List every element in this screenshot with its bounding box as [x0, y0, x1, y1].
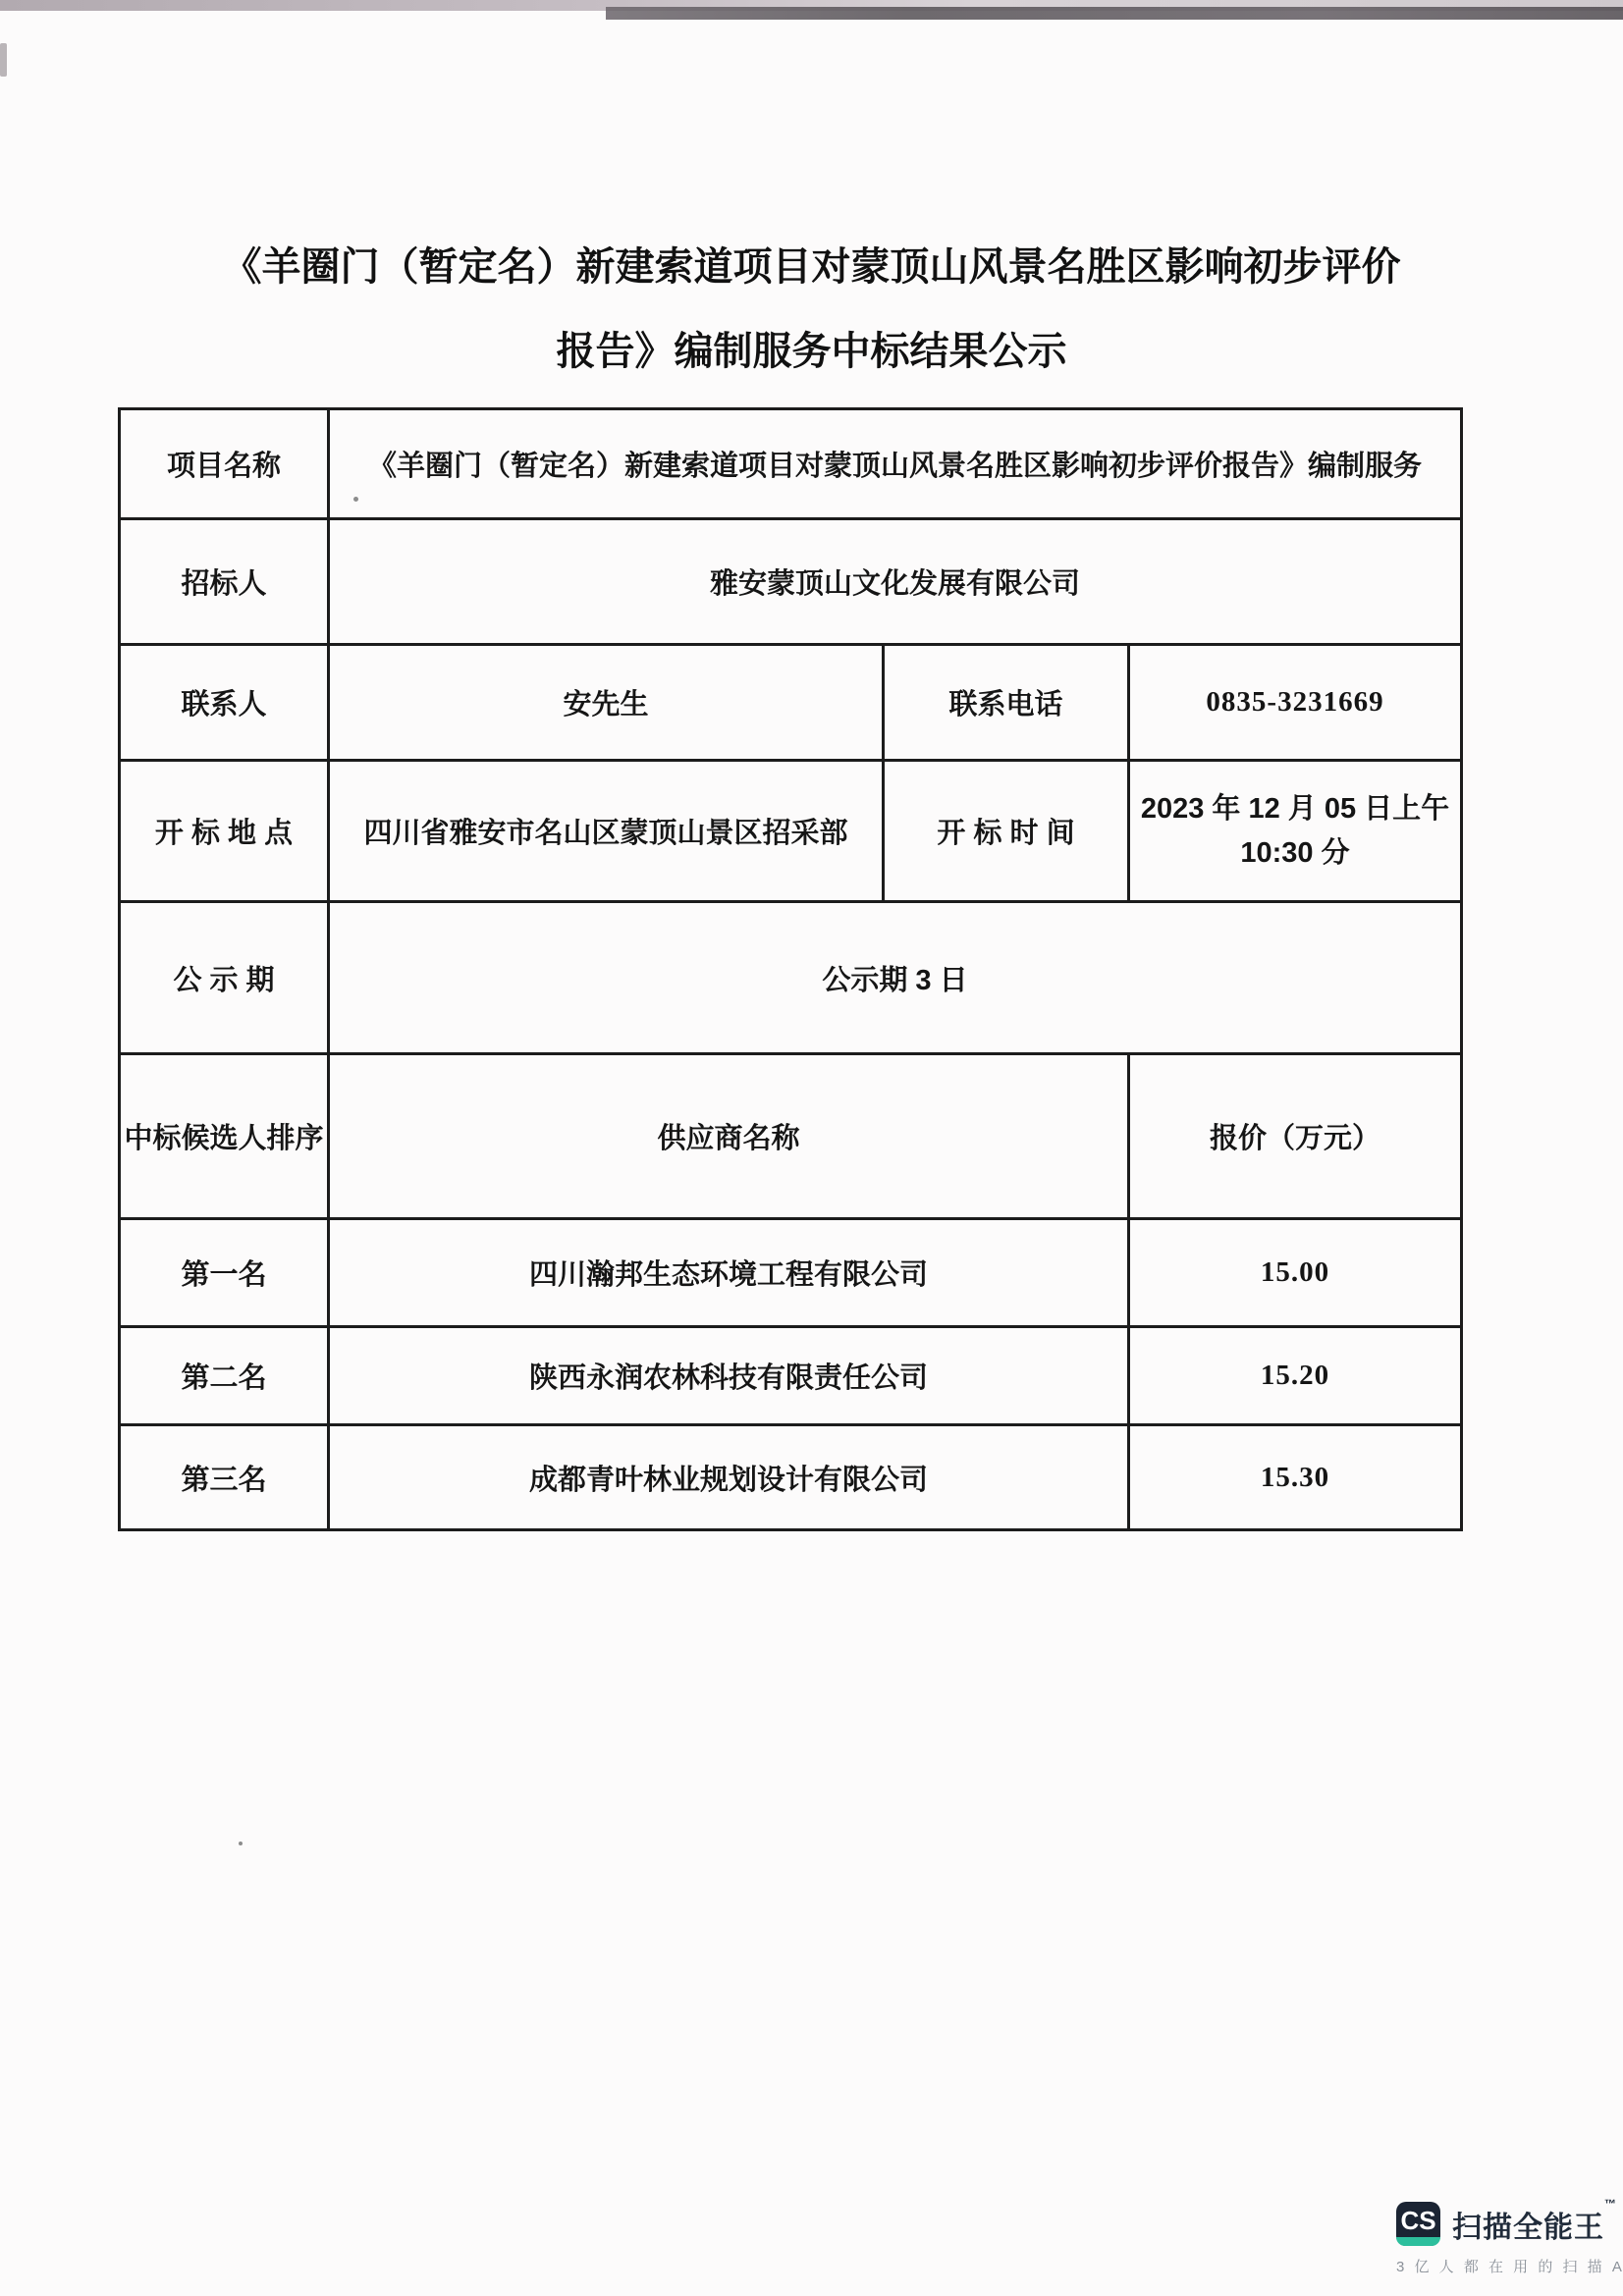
- cs-logo-text: CS: [1396, 2204, 1440, 2237]
- candidate-rank-header: 中标候选人排序: [120, 1054, 329, 1219]
- opening-place-label: 开 标 地 点: [120, 761, 329, 902]
- winner-3-supplier: 成都青叶林业规划设计有限公司: [329, 1425, 1129, 1530]
- table-row-opening: 开 标 地 点 四川省雅安市名山区蒙顶山景区招采部 开 标 时 间 2023 年…: [120, 761, 1462, 902]
- table-row-project: 项目名称 《羊圈门（暂定名）新建索道项目对蒙顶山风景名胜区影响初步评价报告》编制…: [120, 409, 1462, 519]
- scan-artifact-left-smudge: [0, 43, 7, 77]
- table-row-winner-1: 第一名 四川瀚邦生态环境工程有限公司 15.00: [120, 1219, 1462, 1327]
- table-row-contact: 联系人 安先生 联系电话 0835-3231669: [120, 645, 1462, 761]
- camscanner-app-name: 扫描全能王™: [1452, 2203, 1617, 2246]
- winner-3-price: 15.30: [1129, 1425, 1462, 1530]
- winner-2-price: 15.20: [1129, 1327, 1462, 1425]
- winner-1-rank: 第一名: [120, 1219, 329, 1327]
- opening-time-label: 开 标 时 间: [884, 761, 1129, 902]
- scanned-document-page: 《羊圈门（暂定名）新建索道项目对蒙顶山风景名胜区影响初步评价 报告》编制服务中标…: [0, 0, 1623, 2296]
- winner-2-rank: 第二名: [120, 1327, 329, 1425]
- cs-logo-accent-bar: [1396, 2237, 1440, 2246]
- publicity-label: 公 示 期: [120, 902, 329, 1054]
- bid-result-table: 项目名称 《羊圈门（暂定名）新建索道项目对蒙顶山风景名胜区影响初步评价报告》编制…: [118, 407, 1463, 1531]
- scan-artifact-dark-strip: [606, 7, 1623, 20]
- table-row-tenderer: 招标人 雅安蒙顶山文化发展有限公司: [120, 519, 1462, 645]
- winner-3-rank: 第三名: [120, 1425, 329, 1530]
- publicity-value: 公示期 3 日: [329, 902, 1462, 1054]
- tenderer-value: 雅安蒙顶山文化发展有限公司: [329, 519, 1462, 645]
- price-header: 报价（万元）: [1129, 1054, 1462, 1219]
- opening-time-value: 2023 年 12 月 05 日上午 10:30 分: [1129, 761, 1462, 902]
- document-title-line2: 报告》编制服务中标结果公示: [0, 332, 1623, 371]
- supplier-header: 供应商名称: [329, 1054, 1129, 1219]
- contact-value: 安先生: [329, 645, 884, 761]
- phone-value: 0835-3231669: [1129, 645, 1462, 761]
- project-name-value: 《羊圈门（暂定名）新建索道项目对蒙顶山风景名胜区影响初步评价报告》编制服务: [329, 409, 1462, 519]
- winner-2-supplier: 陕西永润农林科技有限责任公司: [329, 1327, 1129, 1425]
- camscanner-watermark: CS 扫描全能王™ 3 亿 人 都 在 用 的 扫 描 App: [1396, 2202, 1623, 2276]
- document-title-line1: 《羊圈门（暂定名）新建索道项目对蒙顶山风景名胜区影响初步评价: [0, 247, 1623, 287]
- table-row-winner-3: 第三名 成都青叶林业规划设计有限公司 15.30: [120, 1425, 1462, 1530]
- tenderer-label: 招标人: [120, 519, 329, 645]
- table-row-winner-2: 第二名 陕西永润农林科技有限责任公司 15.20: [120, 1327, 1462, 1425]
- winner-1-supplier: 四川瀚邦生态环境工程有限公司: [329, 1219, 1129, 1327]
- camscanner-app-icon: CS: [1396, 2202, 1440, 2246]
- camscanner-logo-row: CS 扫描全能王™: [1396, 2202, 1623, 2246]
- trademark-symbol: ™: [1604, 2197, 1617, 2211]
- opening-time-line1: 2023 年 12 月 05 日上午: [1130, 787, 1460, 831]
- opening-time-line2: 10:30 分: [1130, 831, 1460, 876]
- camscanner-tagline: 3 亿 人 都 在 用 的 扫 描 App: [1396, 2256, 1623, 2276]
- winner-1-price: 15.00: [1129, 1219, 1462, 1327]
- table-row-publicity: 公 示 期 公示期 3 日: [120, 902, 1462, 1054]
- table-row-candidate-header: 中标候选人排序 供应商名称 报价（万元）: [120, 1054, 1462, 1219]
- contact-label: 联系人: [120, 645, 329, 761]
- app-name-text: 扫描全能王: [1452, 2212, 1604, 2244]
- opening-place-value: 四川省雅安市名山区蒙顶山景区招采部: [329, 761, 884, 902]
- phone-label: 联系电话: [884, 645, 1129, 761]
- document-title: 《羊圈门（暂定名）新建索道项目对蒙顶山风景名胜区影响初步评价 报告》编制服务中标…: [0, 247, 1623, 371]
- scan-speckle: [239, 1842, 243, 1845]
- project-name-label: 项目名称: [120, 409, 329, 519]
